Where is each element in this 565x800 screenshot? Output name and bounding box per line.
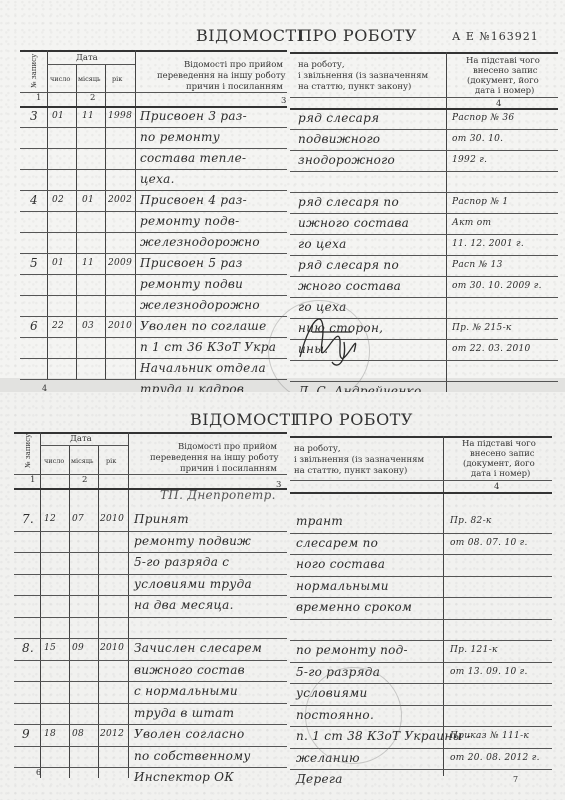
row-rule <box>290 150 558 151</box>
record-text-left: Принят <box>134 512 189 526</box>
record-number: 4 <box>30 193 38 207</box>
col-number-rule <box>14 474 287 475</box>
row-rule <box>290 192 558 193</box>
record-text-left: с нормальными <box>134 684 238 698</box>
row-rule <box>14 617 287 618</box>
col-number-1: 1 <box>36 93 41 104</box>
record-month: 08 <box>72 729 84 739</box>
record-text-right: ижного состава <box>298 216 409 230</box>
row-rule <box>290 597 552 598</box>
section-title-left: ВІДОМОСТІ <box>190 410 297 429</box>
record-text-left: условиями труда <box>134 577 252 591</box>
record-number: 6 <box>30 319 38 333</box>
header-info-left-1: Відомості про прийом <box>178 442 277 453</box>
record-text-right: слесарем по <box>296 536 378 550</box>
header-info-right-3: на статтю, пункт закону) <box>294 466 407 477</box>
date-subheader-rule <box>40 445 128 446</box>
record-year: 2010 <box>100 514 124 524</box>
record-year: 2009 <box>108 258 132 268</box>
record-text-right: знодорожного <box>298 153 395 167</box>
row-rule <box>290 640 552 641</box>
record-text-left: Уволен согласно <box>134 727 245 741</box>
record-basis: 1992 г. <box>452 155 487 165</box>
header-info-left-1: Відомості про прийом <box>184 60 283 71</box>
record-day: 12 <box>44 514 56 524</box>
row-rule <box>20 232 287 233</box>
col-number-1: 1 <box>30 475 35 486</box>
section-title-right: ПРО РОБОТУ <box>294 410 413 429</box>
date-subheader-rule <box>47 64 135 65</box>
col-number-2: 2 <box>90 93 95 104</box>
header-day: число <box>44 456 64 467</box>
col-divider <box>76 64 77 380</box>
row-rule <box>290 276 558 277</box>
record-text-left: Присвоен 4 раз- <box>140 193 247 207</box>
row-rule <box>14 595 287 596</box>
header-info-right-1: на роботу, <box>294 444 341 455</box>
record-number: 9 <box>22 727 30 741</box>
record-text-left: Присвоен 3 раз- <box>140 109 247 123</box>
col-divider <box>98 445 99 778</box>
record-month: 03 <box>82 321 94 331</box>
header-basis-4: дата і номер) <box>475 86 534 97</box>
record-text-left: Присвоен 5 раз <box>140 256 243 270</box>
record-text-left: вижного состав <box>134 663 245 677</box>
record-year: 2012 <box>100 729 124 739</box>
header-top-rule <box>290 52 558 54</box>
record-text-right: го цеха <box>298 237 347 251</box>
header-month: місяць <box>71 456 94 467</box>
record-month: 07 <box>72 514 84 524</box>
header-basis-4: дата і номер) <box>471 469 530 480</box>
col-divider <box>443 436 444 776</box>
record-text-right: подвижного <box>298 132 380 146</box>
record-text-right: Дерега <box>296 772 343 786</box>
record-day: 18 <box>44 729 56 739</box>
row-rule <box>290 662 552 663</box>
record-text-left: ремонту подвиж <box>134 534 251 548</box>
signature-mark <box>292 302 372 372</box>
row-rule <box>290 129 558 130</box>
record-day: 22 <box>52 321 64 331</box>
col-divider <box>40 432 41 778</box>
record-basis: Пр. 82-к <box>450 516 492 526</box>
record-text-right: ряд слесаря по <box>298 258 399 272</box>
row-rule <box>20 127 287 128</box>
record-basis: от 08. 07. 10 г. <box>450 538 528 548</box>
row-rule <box>20 190 287 191</box>
row-rule <box>20 316 287 317</box>
record-month: 01 <box>82 195 94 205</box>
row-rule <box>20 211 287 212</box>
header-note: ТП. Днепропетр. <box>160 488 276 502</box>
row-rule <box>290 619 552 620</box>
record-text-left: по собственному <box>134 749 251 763</box>
record-basis: от 13. 09. 10 г. <box>450 667 528 677</box>
section-title-right: ПРО РОБОТУ <box>298 26 417 45</box>
header-year: рік <box>106 456 116 467</box>
record-year: 2010 <box>100 643 124 653</box>
col-divider <box>47 50 48 380</box>
header-top-rule <box>14 432 287 434</box>
header-info-right-1: на роботу, <box>298 60 345 71</box>
header-record-no: № запису <box>30 54 38 88</box>
record-text-left: 5-го разряда с <box>134 555 229 569</box>
record-number: 3 <box>30 109 38 123</box>
header-day: число <box>50 74 70 85</box>
serial-number: А Е №163921 <box>452 30 539 43</box>
record-text-right: ряд слесаря <box>298 111 379 125</box>
header-top-rule <box>20 50 287 52</box>
col-number-rule <box>290 480 552 481</box>
record-text-left: железнодорожно <box>140 235 260 249</box>
row-rule <box>20 274 287 275</box>
col-divider <box>105 64 106 380</box>
record-day: 15 <box>44 643 56 653</box>
record-text-right: ного состава <box>296 557 385 571</box>
header-info-right-2: і звільнення (із зазначенням <box>298 71 428 82</box>
record-text-left: Уволен по соглаше <box>140 319 266 333</box>
col-number-2: 2 <box>82 475 87 486</box>
row-rule <box>290 171 558 172</box>
record-text-left: по ремонту <box>140 130 220 144</box>
col-divider <box>69 445 70 778</box>
section-title-left: ВІДОМОСТІ <box>196 26 303 45</box>
row-rule <box>20 337 287 338</box>
record-basis: Распор № 36 <box>452 113 514 123</box>
record-basis: Расп № 13 <box>452 260 503 270</box>
record-year: 1998 <box>108 111 132 121</box>
row-rule <box>290 234 558 235</box>
row-rule <box>14 767 287 768</box>
page-spread-top: ВІДОМОСТІ ПРО РОБОТУ А Е №163921 № запис… <box>0 0 565 392</box>
record-basis: от 22. 03. 2010 <box>452 344 531 354</box>
record-day: 01 <box>52 258 64 268</box>
header-info-left-2: переведення на іншу роботу <box>157 71 286 82</box>
record-text-right: временно сроком <box>296 600 412 614</box>
row-rule <box>20 358 287 359</box>
row-rule <box>14 703 287 704</box>
record-text-right: жного состава <box>298 279 401 293</box>
record-number: 8. <box>22 641 34 655</box>
row-rule <box>14 724 287 725</box>
row-rule <box>290 297 558 298</box>
row-rule <box>290 554 552 555</box>
header-top-rule <box>290 436 552 438</box>
record-month: 11 <box>82 258 94 268</box>
record-number: 5 <box>30 256 38 270</box>
record-text-right: трант <box>296 514 343 528</box>
record-year: 2002 <box>108 195 132 205</box>
record-text-left: Инспектор ОК <box>134 770 234 784</box>
record-year: 2010 <box>108 321 132 331</box>
row-rule <box>20 379 287 380</box>
row-rule <box>20 148 287 149</box>
record-text-left: Зачислен слесарем <box>134 641 262 655</box>
col-number-rule <box>20 92 287 93</box>
record-basis: Пр. № 215-к <box>452 323 512 333</box>
record-text-left: на два месяца. <box>134 598 234 612</box>
row-rule <box>20 169 287 170</box>
col-divider <box>128 432 129 778</box>
row-rule <box>14 574 287 575</box>
page-number-left: 6 <box>36 768 41 777</box>
header-bottom-rule <box>290 108 558 110</box>
record-basis: Акт от <box>452 218 491 228</box>
header-bottom-rule <box>290 492 552 494</box>
row-rule <box>290 533 552 534</box>
record-text-right: по ремонту под- <box>296 643 408 657</box>
header-month: місяць <box>78 74 101 85</box>
header-year: рік <box>112 74 122 85</box>
official-stamp <box>305 667 402 764</box>
header-info-right-3: на статтю, пункт закону) <box>298 82 411 93</box>
record-text-left: состава тепле- <box>140 151 246 165</box>
row-rule <box>14 746 287 747</box>
row-rule <box>290 769 552 770</box>
record-text-left: ремонту подви <box>140 277 243 291</box>
row-rule <box>290 213 558 214</box>
row-rule <box>20 295 287 296</box>
record-day: 02 <box>52 195 64 205</box>
row-rule <box>290 255 558 256</box>
header-date: Дата <box>70 434 92 445</box>
record-text-left: ремонту подв- <box>140 214 240 228</box>
record-basis: от 30. 10. <box>452 134 503 144</box>
record-text-right: ряд слесаря по <box>298 195 399 209</box>
page-number-right: 7 <box>513 775 518 784</box>
record-number: 7. <box>22 512 34 526</box>
header-record-no: № запису <box>24 434 32 468</box>
col-divider <box>135 50 136 380</box>
row-rule <box>14 660 287 661</box>
row-rule <box>14 638 287 639</box>
header-date: Дата <box>76 53 98 64</box>
record-basis: от 20. 08. 2012 г. <box>450 753 540 763</box>
header-info-left-2: переведення на іншу роботу <box>150 453 279 464</box>
record-month: 09 <box>72 643 84 653</box>
row-rule <box>14 681 287 682</box>
record-text-left: Начальник отдела <box>140 361 266 375</box>
record-basis: Пр. 121-к <box>450 645 498 655</box>
record-text-left: цеха. <box>140 172 175 186</box>
record-basis: от 30. 10. 2009 г. <box>452 281 542 291</box>
page-spread-bottom: ВІДОМОСТІ ПРО РОБОТУ № запису Дата число… <box>0 392 565 800</box>
row-rule <box>14 531 287 532</box>
record-month: 11 <box>82 111 94 121</box>
header-bottom-rule <box>20 106 287 108</box>
record-basis: Распор № 1 <box>452 197 508 207</box>
record-day: 01 <box>52 111 64 121</box>
row-rule <box>14 552 287 553</box>
col-number-rule <box>290 97 558 98</box>
row-rule <box>20 253 287 254</box>
header-info-right-2: і звільнення (із зазначенням <box>294 455 424 466</box>
record-basis: Приказ № 111-к <box>450 731 529 741</box>
record-text-left: п 1 ст 36 КЗоТ Укра <box>140 340 276 354</box>
record-text-left: труда в штат <box>134 706 234 720</box>
row-rule <box>290 576 552 577</box>
record-basis: 11. 12. 2001 г. <box>452 239 524 249</box>
record-text-right: нормальными <box>296 579 389 593</box>
record-text-left: железнодорожно <box>140 298 260 312</box>
